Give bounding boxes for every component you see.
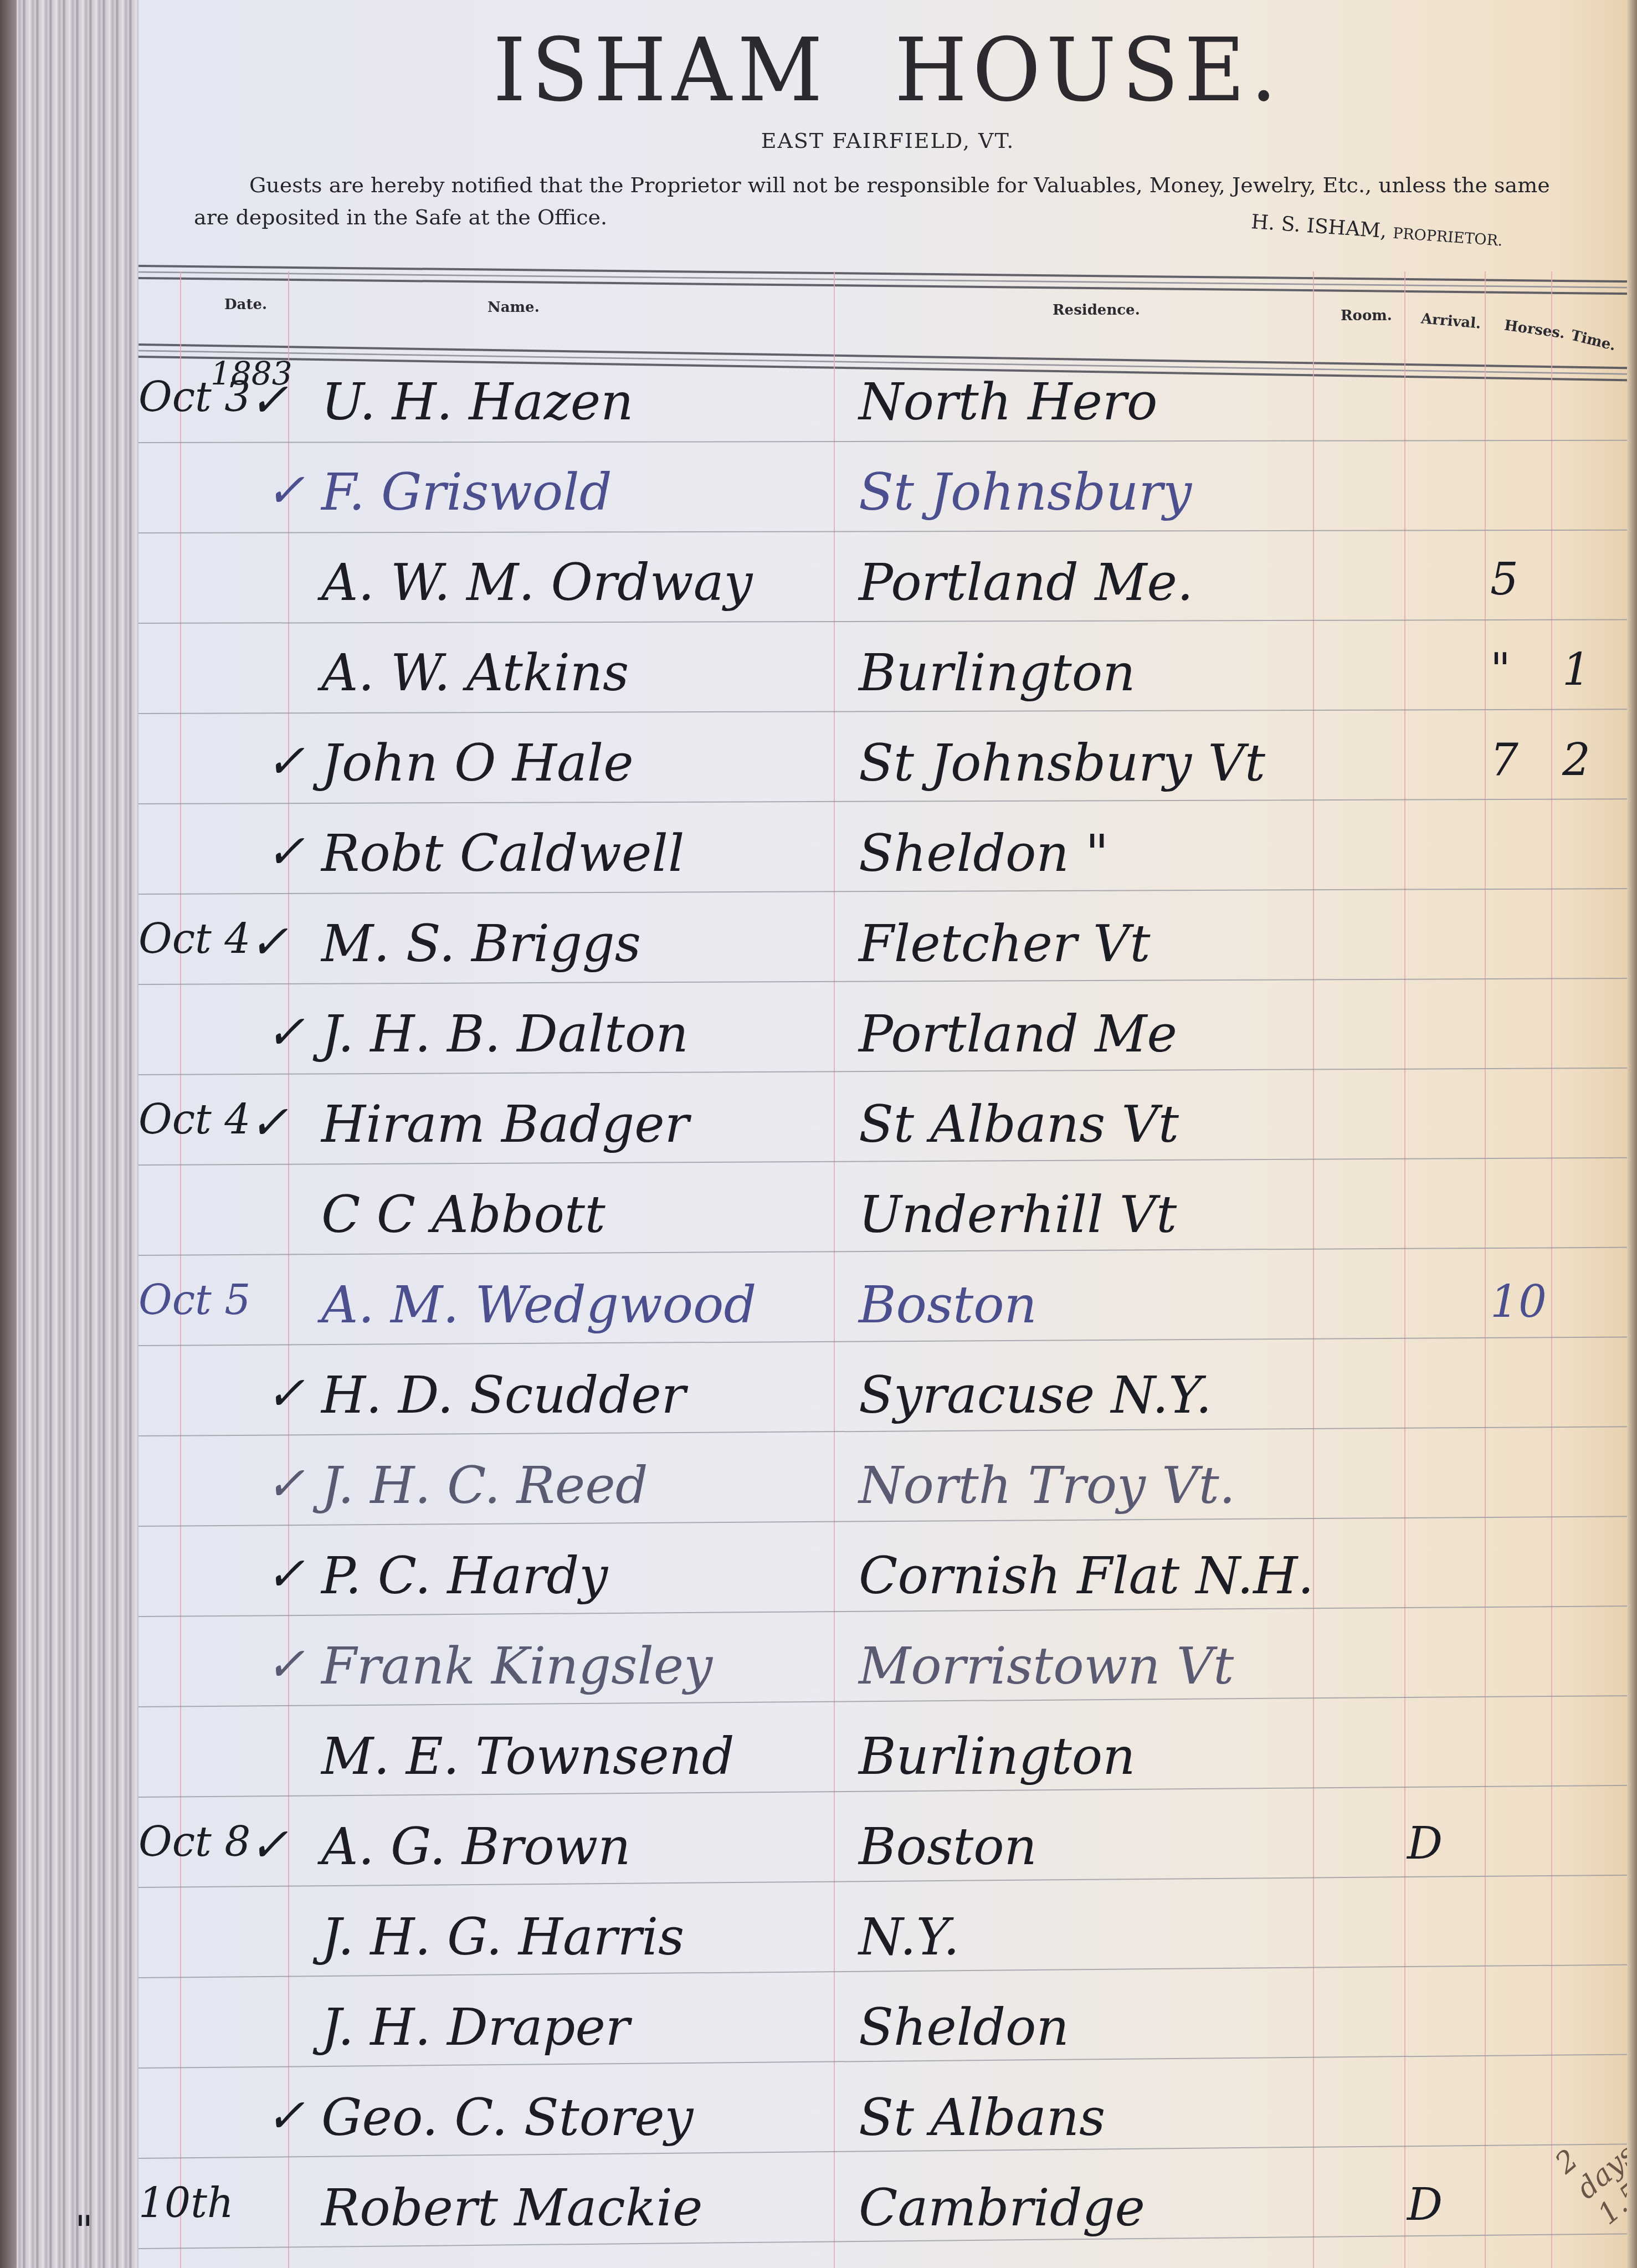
entry-guest-name: H. D. Scudder [321, 1370, 686, 1421]
register-entry: ✓ H. D. Scudder Syracuse N.Y. [138, 1348, 1634, 1439]
entry-residence: St Albans Vt [859, 1099, 1179, 1150]
entry-guest-name: J. H. Draper [321, 2002, 630, 2053]
checkmark-icon: ✓ [266, 1460, 305, 1507]
entry-residence: Portland Me [859, 1009, 1177, 1060]
row-rule [138, 1516, 1634, 1527]
entry-guest-name: M. E. Townsend [321, 1731, 735, 1782]
entry-residence: Syracuse N.Y. [859, 1370, 1212, 1421]
register-entry: Oct 8 ✓ A. G. Brown Boston D [138, 1799, 1634, 1891]
entry-date: Oct 5 [138, 1280, 288, 1321]
row-rule [138, 1336, 1634, 1346]
title-word-isham: ISHAM [493, 20, 828, 121]
row-rule [138, 1605, 1634, 1617]
register-entry: Oct 5 A. M. Wedgwood Boston 10 [138, 1258, 1634, 1349]
entry-residence: Sheldon " [859, 828, 1109, 879]
register-page: ISHAMHOUSE. EAST FAIRFIELD, VT. Guests a… [138, 0, 1637, 2268]
entry-residence: St Johnsbury Vt [859, 738, 1265, 789]
proprietor-name: H. S. ISHAM, [1250, 211, 1394, 243]
entry-horses: 1 [1562, 648, 1590, 692]
entry-arrival: 10 [1490, 1280, 1547, 1324]
entry-guest-name: A. W. M. Ordway [321, 557, 752, 608]
checkmark-icon: ✓ [249, 377, 288, 423]
entry-residence: Underhill Vt [859, 1189, 1177, 1240]
entry-guest-name: Geo. C. Storey [321, 2092, 694, 2143]
entry-guest-name: U. H. Hazen [321, 377, 634, 428]
checkmark-icon: ✓ [266, 1370, 305, 1417]
row-rule [138, 530, 1634, 533]
entry-guest-name: C C Abbott [321, 1189, 605, 1240]
register-entry: J. H. G. Harris N.Y. [138, 1890, 1634, 1981]
register-entry: ✓ John O Hale St Johnsbury Vt 7 2 [138, 716, 1634, 807]
entry-residence: Cornish Flat N.H. [859, 1551, 1314, 1602]
entry-residence: Burlington [859, 1731, 1135, 1782]
entry-arrival: 7 [1490, 738, 1518, 782]
checkmark-icon: ✓ [249, 919, 288, 965]
ditto-mark: " [75, 2208, 93, 2254]
entry-residence: North Troy Vt. [859, 1460, 1235, 1511]
row-rule [138, 1157, 1634, 1166]
column-header-horses: Horses. [1503, 317, 1566, 342]
column-header-name: Name. [487, 299, 540, 316]
checkmark-icon: ✓ [266, 738, 305, 784]
column-header-room: Room. [1341, 307, 1392, 324]
entry-room: D [1407, 2183, 1443, 2227]
entry-guest-name: P. C. Hardy [321, 1551, 608, 1602]
header-rule-top [138, 265, 1634, 295]
register-entry: ✓ P. C. Hardy Cornish Flat N.H. [138, 1528, 1634, 1620]
proprietor-signature: H. S. ISHAM, PROPRIETOR. [1250, 211, 1503, 251]
register-entry: Oct 4 ✓ Hiram Badger St Albans Vt [138, 1077, 1634, 1168]
register-entry: ✓ Geo. C. Storey St Albans [138, 2070, 1634, 2162]
register-entry: ✓ Robt Caldwell Sheldon " [138, 806, 1634, 897]
checkmark-icon: ✓ [266, 1551, 305, 1597]
entry-guest-name: John O Hale [321, 738, 634, 789]
row-rule [138, 1695, 1634, 1707]
register-entry: ✓ J. H. C. Reed North Troy Vt. [138, 1438, 1634, 1530]
entry-date: 10th [138, 2183, 288, 2224]
checkmark-icon: ✓ [249, 1821, 288, 1868]
register-entry: ✓ J. H. B. Dalton Portland Me [138, 987, 1634, 1078]
checkmark-icon: ✓ [266, 2092, 305, 2139]
register-entry: 10th Robert Mackie Cambridge D [138, 2161, 1634, 2252]
row-rule [138, 709, 1634, 714]
row-rule [138, 1247, 1634, 1256]
entry-residence: Portland Me. [859, 557, 1193, 608]
row-rule [138, 440, 1634, 443]
entry-residence: N.Y. [859, 1912, 959, 1963]
entry-guest-name: M. S. Briggs [321, 919, 641, 969]
register-entry: M. E. Townsend Burlington [138, 1709, 1634, 1800]
register-entry: ✓ Frank Kingsley Morristown Vt [138, 1619, 1634, 1710]
hotel-title: ISHAMHOUSE. [138, 20, 1637, 121]
register-entry: Oct 3 ✓ U. H. Hazen North Hero [138, 355, 1634, 446]
entry-guest-name: A. W. Atkins [321, 648, 629, 699]
column-header-residence: Residence. [1053, 302, 1140, 319]
entry-residence: Morristown Vt [859, 1641, 1234, 1692]
entry-residence: Boston [859, 1821, 1037, 1872]
row-rule [138, 1426, 1634, 1436]
register-entry: A. W. Atkins Burlington " 1 [138, 625, 1634, 717]
notice-line-1: Guests are hereby notified that the Prop… [249, 173, 1550, 197]
title-word-house: HOUSE. [895, 20, 1282, 121]
entry-residence: St Johnsbury [859, 467, 1192, 518]
entry-room: D [1407, 1821, 1443, 1866]
entry-residence: Cambridge [859, 2183, 1145, 2234]
entry-horses: 2 [1562, 738, 1590, 782]
column-header-time: Time. [1569, 327, 1618, 354]
row-rule [138, 1785, 1634, 1798]
row-rule [138, 619, 1634, 624]
entry-residence: St Albans [859, 2092, 1105, 2143]
entry-guest-name: Frank Kingsley [321, 1641, 712, 1692]
checkmark-icon: ✓ [266, 828, 305, 875]
entry-residence: Boston [859, 1280, 1037, 1331]
proprietor-title: PROPRIETOR. [1392, 225, 1503, 250]
entry-guest-name: J. H. B. Dalton [321, 1009, 689, 1060]
entry-residence: Sheldon [859, 2002, 1069, 2053]
entry-guest-name: A. M. Wedgwood [321, 1280, 756, 1331]
row-rule [138, 798, 1634, 804]
entry-arrival: " [1490, 648, 1511, 692]
checkmark-icon: ✓ [266, 467, 305, 514]
row-rule [138, 1068, 1634, 1075]
register-entry: J. H. Draper Sheldon [138, 1980, 1634, 2071]
hotel-location: EAST FAIRFIELD, VT. [138, 129, 1637, 153]
entry-guest-name: Robt Caldwell [321, 828, 684, 879]
entry-guest-name: A. G. Brown [321, 1821, 631, 1872]
register-entry: ✓ F. Griswold St Johnsbury [138, 445, 1634, 536]
entry-residence: North Hero [859, 377, 1157, 428]
row-rule [138, 888, 1634, 895]
checkmark-icon: ✓ [266, 1009, 305, 1055]
row-rule [138, 978, 1634, 985]
notice-line-2: are deposited in the Safe at the Office. [194, 205, 607, 229]
register-entry: A. W. M. Ordway Portland Me. 5 [138, 535, 1634, 627]
column-header-date: Date. [224, 296, 267, 313]
entry-guest-name: Robert Mackie [321, 2183, 702, 2234]
entry-guest-name: J. H. C. Reed [321, 1460, 648, 1511]
register-entry: C C Abbott Underhill Vt [138, 1167, 1634, 1259]
entry-guest-name: F. Griswold [321, 467, 612, 518]
book-page-edges [0, 0, 140, 2268]
column-header-arrival: Arrival. [1420, 310, 1482, 332]
register-entry: Oct 4 ✓ M. S. Briggs Fletcher Vt [138, 896, 1634, 988]
checkmark-icon: ✓ [266, 1641, 305, 1687]
entry-residence: Burlington [859, 648, 1135, 699]
entry-guest-name: Hiram Badger [321, 1099, 689, 1150]
entry-guest-name: J. H. G. Harris [321, 1912, 684, 1963]
entry-residence: Fletcher Vt [859, 919, 1151, 969]
checkmark-icon: ✓ [249, 1099, 288, 1146]
row-rule [138, 1875, 1634, 1888]
entry-arrival: 5 [1490, 557, 1518, 602]
